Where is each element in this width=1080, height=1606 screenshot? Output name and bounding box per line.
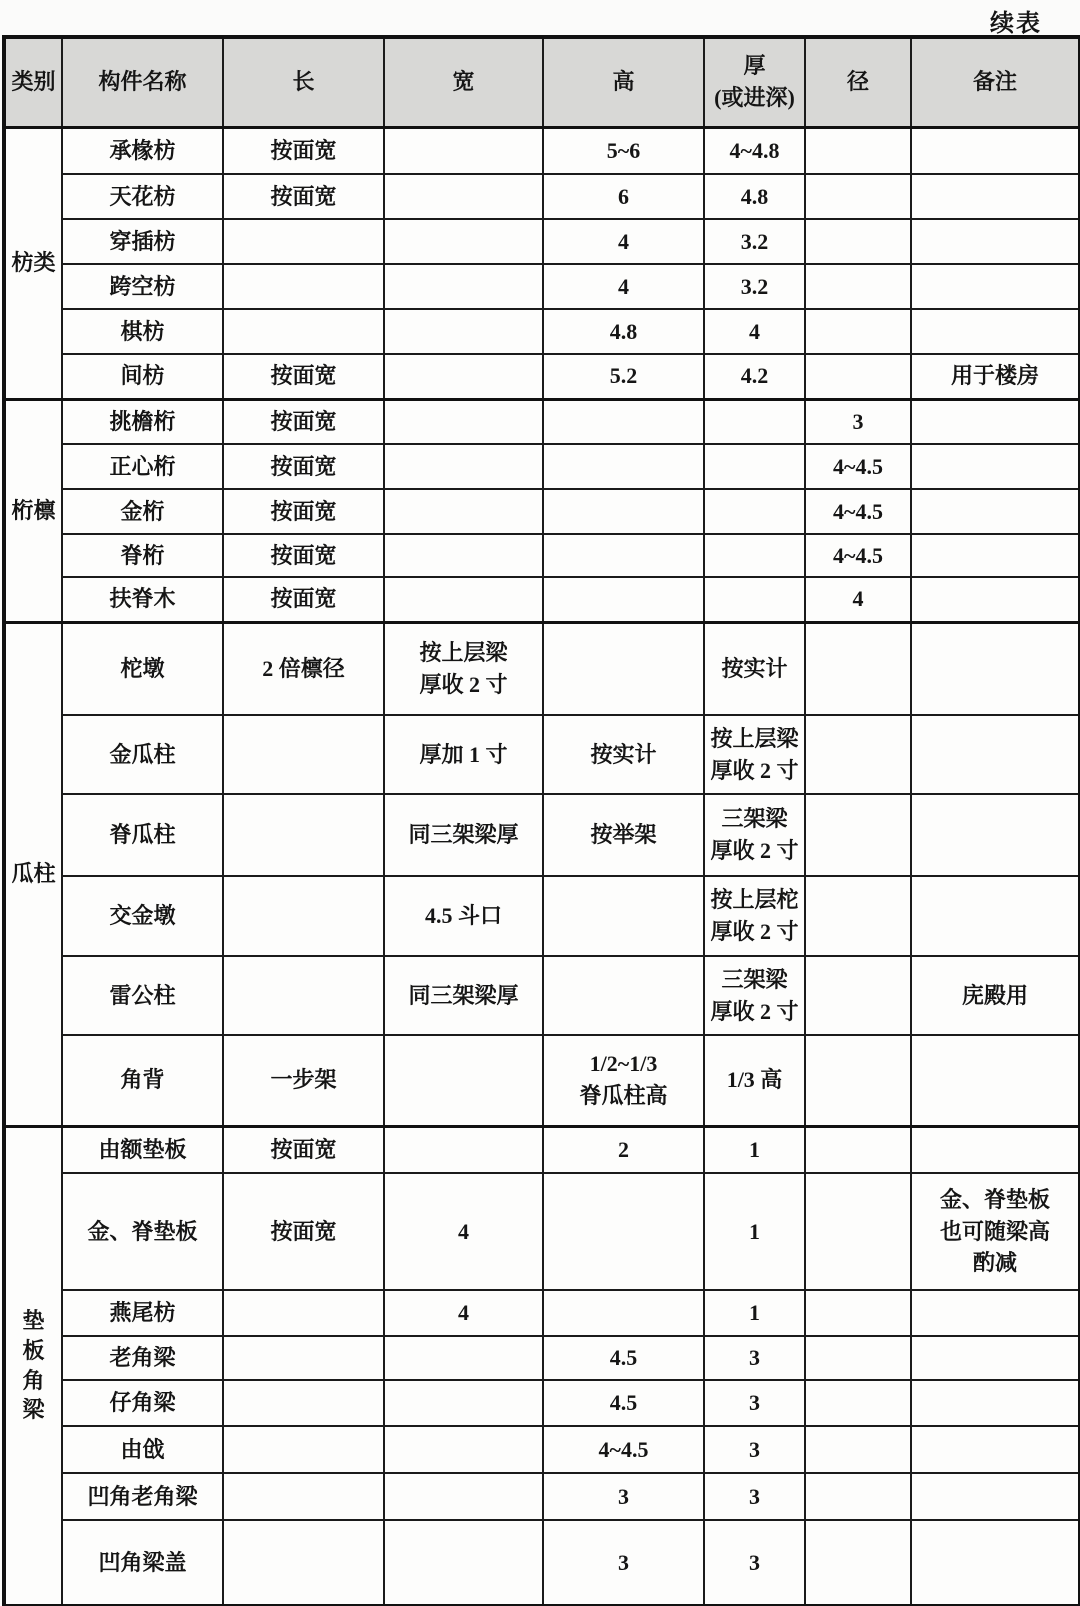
component-name-cell: 正心桁 xyxy=(62,444,223,489)
category-cell: 桁檩 xyxy=(4,399,62,622)
width-cell: 同三架梁厚 xyxy=(384,794,543,876)
thickness-cell xyxy=(704,399,805,444)
table-body: 枋类承椽枋按面宽5~64~4.8天花枋按面宽64.8穿插枋43.2跨空枋43.2… xyxy=(4,127,1080,1606)
notes-cell: 用于楼房 xyxy=(911,354,1080,399)
notes-cell xyxy=(911,399,1080,444)
component-name-cell: 交金墩 xyxy=(62,876,223,956)
width-cell xyxy=(384,1336,543,1380)
length-cell: 按面宽 xyxy=(223,489,384,534)
notes-cell xyxy=(911,577,1080,622)
notes-cell xyxy=(911,127,1080,174)
column-header-diameter: 径 xyxy=(805,37,911,127)
notes-cell xyxy=(911,1035,1080,1126)
category-cell: 枋类 xyxy=(4,127,62,399)
length-cell: 按面宽 xyxy=(223,1126,384,1173)
page: 续表 类别构件名称长宽高厚(或进深)径备注 枋类承椽枋按面宽5~64~4.8天花… xyxy=(0,0,1080,1606)
height-cell: 5~6 xyxy=(543,127,704,174)
component-name-cell: 金、脊垫板 xyxy=(62,1173,223,1290)
table-row: 枋类承椽枋按面宽5~64~4.8 xyxy=(4,127,1080,174)
table-row: 老角梁4.53 xyxy=(4,1336,1080,1380)
category-cell: 瓜柱 xyxy=(4,622,62,1126)
column-header-category: 类别 xyxy=(4,37,62,127)
notes-cell: 庑殿用 xyxy=(911,956,1080,1035)
column-header-thickness: 厚(或进深) xyxy=(704,37,805,127)
diameter-cell xyxy=(805,1126,911,1173)
diameter-cell xyxy=(805,219,911,264)
length-cell: 按面宽 xyxy=(223,444,384,489)
diameter-cell xyxy=(805,174,911,219)
length-cell xyxy=(223,309,384,354)
table-row: 凹角老角梁33 xyxy=(4,1473,1080,1520)
width-cell xyxy=(384,489,543,534)
column-header-label: 宽 xyxy=(452,69,474,94)
height-cell: 4.5 xyxy=(543,1336,704,1380)
height-cell: 4 xyxy=(543,264,704,309)
height-cell: 6 xyxy=(543,174,704,219)
thickness-cell: 1 xyxy=(704,1173,805,1290)
component-name-cell: 脊瓜柱 xyxy=(62,794,223,876)
length-cell xyxy=(223,1380,384,1426)
table-row: 脊瓜柱同三架梁厚按举架三架梁 厚收 2 寸 xyxy=(4,794,1080,876)
component-name-cell: 扶脊木 xyxy=(62,577,223,622)
notes-cell xyxy=(911,174,1080,219)
component-name-cell: 由额垫板 xyxy=(62,1126,223,1173)
component-name-cell: 金瓜柱 xyxy=(62,715,223,794)
notes-cell xyxy=(911,794,1080,876)
thickness-cell: 4~4.8 xyxy=(704,127,805,174)
table-row: 仔角梁4.53 xyxy=(4,1380,1080,1426)
column-header-label: 径 xyxy=(847,69,869,94)
height-cell: 5.2 xyxy=(543,354,704,399)
thickness-cell: 3 xyxy=(704,1520,805,1606)
width-cell: 4 xyxy=(384,1173,543,1290)
diameter-cell xyxy=(805,1380,911,1426)
width-cell xyxy=(384,219,543,264)
height-cell xyxy=(543,489,704,534)
height-cell: 4~4.5 xyxy=(543,1426,704,1473)
length-cell xyxy=(223,1520,384,1606)
thickness-cell: 3.2 xyxy=(704,219,805,264)
width-cell: 厚加 1 寸 xyxy=(384,715,543,794)
diameter-cell: 4~4.5 xyxy=(805,534,911,577)
column-header-label: 高 xyxy=(612,69,634,94)
length-cell xyxy=(223,876,384,956)
notes-cell xyxy=(911,309,1080,354)
notes-cell xyxy=(911,219,1080,264)
notes-cell xyxy=(911,715,1080,794)
width-cell xyxy=(384,1520,543,1606)
column-header-name: 构件名称 xyxy=(62,37,223,127)
component-dimensions-table: 类别构件名称长宽高厚(或进深)径备注 枋类承椽枋按面宽5~64~4.8天花枋按面… xyxy=(2,35,1080,1606)
width-cell xyxy=(384,577,543,622)
length-cell xyxy=(223,219,384,264)
width-cell: 按上层梁 厚收 2 寸 xyxy=(384,622,543,715)
thickness-cell: 三架梁 厚收 2 寸 xyxy=(704,794,805,876)
diameter-cell xyxy=(805,1426,911,1473)
height-cell: 3 xyxy=(543,1520,704,1606)
diameter-cell xyxy=(805,354,911,399)
length-cell xyxy=(223,1473,384,1520)
notes-cell: 金、脊垫板 也可随梁高 酌减 xyxy=(911,1173,1080,1290)
column-header-length: 长 xyxy=(223,37,384,127)
width-cell xyxy=(384,444,543,489)
component-name-cell: 仔角梁 xyxy=(62,1380,223,1426)
notes-cell xyxy=(911,1336,1080,1380)
notes-cell xyxy=(911,1380,1080,1426)
notes-cell xyxy=(911,1290,1080,1336)
width-cell xyxy=(384,1426,543,1473)
table-row: 交金墩4.5 斗口按上层柁 厚收 2 寸 xyxy=(4,876,1080,956)
thickness-cell: 3 xyxy=(704,1473,805,1520)
width-cell xyxy=(384,174,543,219)
notes-cell xyxy=(911,876,1080,956)
column-header-notes: 备注 xyxy=(911,37,1080,127)
component-name-cell: 挑檐桁 xyxy=(62,399,223,444)
table-row: 穿插枋43.2 xyxy=(4,219,1080,264)
table-header: 类别构件名称长宽高厚(或进深)径备注 xyxy=(4,37,1080,127)
thickness-cell: 按上层梁 厚收 2 寸 xyxy=(704,715,805,794)
component-name-cell: 穿插枋 xyxy=(62,219,223,264)
length-cell xyxy=(223,715,384,794)
width-cell xyxy=(384,309,543,354)
width-cell xyxy=(384,534,543,577)
thickness-cell: 1 xyxy=(704,1126,805,1173)
table-row: 燕尾枋41 xyxy=(4,1290,1080,1336)
category-cell: 垫 板 角 梁 xyxy=(4,1126,62,1606)
thickness-cell: 4.8 xyxy=(704,174,805,219)
table-row: 金、脊垫板按面宽41金、脊垫板 也可随梁高 酌减 xyxy=(4,1173,1080,1290)
height-cell xyxy=(543,444,704,489)
diameter-cell xyxy=(805,309,911,354)
component-name-cell: 凹角老角梁 xyxy=(62,1473,223,1520)
thickness-cell: 4 xyxy=(704,309,805,354)
component-name-cell: 跨空枋 xyxy=(62,264,223,309)
component-name-cell: 脊桁 xyxy=(62,534,223,577)
thickness-cell: 1 xyxy=(704,1290,805,1336)
component-name-cell: 柁墩 xyxy=(62,622,223,715)
height-cell: 1/2~1/3 脊瓜柱高 xyxy=(543,1035,704,1126)
length-cell xyxy=(223,956,384,1035)
thickness-cell: 3 xyxy=(704,1336,805,1380)
component-name-cell: 棋枋 xyxy=(62,309,223,354)
width-cell: 4 xyxy=(384,1290,543,1336)
height-cell: 按举架 xyxy=(543,794,704,876)
width-cell: 4.5 斗口 xyxy=(384,876,543,956)
thickness-cell: 3.2 xyxy=(704,264,805,309)
component-name-cell: 老角梁 xyxy=(62,1336,223,1380)
column-header-label: 长 xyxy=(292,69,314,94)
table-row: 跨空枋43.2 xyxy=(4,264,1080,309)
height-cell xyxy=(543,577,704,622)
diameter-cell: 4~4.5 xyxy=(805,489,911,534)
height-cell xyxy=(543,622,704,715)
length-cell: 按面宽 xyxy=(223,577,384,622)
length-cell: 2 倍檩径 xyxy=(223,622,384,715)
notes-cell xyxy=(911,489,1080,534)
diameter-cell: 4 xyxy=(805,577,911,622)
component-name-cell: 燕尾枋 xyxy=(62,1290,223,1336)
diameter-cell xyxy=(805,794,911,876)
diameter-cell xyxy=(805,1473,911,1520)
table-row: 间枋按面宽5.24.2用于楼房 xyxy=(4,354,1080,399)
thickness-cell: 1/3 高 xyxy=(704,1035,805,1126)
component-name-cell: 间枋 xyxy=(62,354,223,399)
diameter-cell xyxy=(805,127,911,174)
width-cell: 同三架梁厚 xyxy=(384,956,543,1035)
column-header-label: 备注 xyxy=(973,69,1017,94)
continued-table-label: 续表 xyxy=(990,3,1042,38)
width-cell xyxy=(384,1473,543,1520)
component-name-cell: 角背 xyxy=(62,1035,223,1126)
length-cell: 一步架 xyxy=(223,1035,384,1126)
height-cell xyxy=(543,399,704,444)
table-row: 脊桁按面宽4~4.5 xyxy=(4,534,1080,577)
component-name-cell: 雷公柱 xyxy=(62,956,223,1035)
column-header-height: 高 xyxy=(543,37,704,127)
notes-cell xyxy=(911,622,1080,715)
notes-cell xyxy=(911,1520,1080,1606)
table-row: 棋枋4.84 xyxy=(4,309,1080,354)
diameter-cell xyxy=(805,1520,911,1606)
diameter-cell xyxy=(805,622,911,715)
table-row: 天花枋按面宽64.8 xyxy=(4,174,1080,219)
length-cell xyxy=(223,794,384,876)
diameter-cell xyxy=(805,1035,911,1126)
table-row: 凹角梁盖33 xyxy=(4,1520,1080,1606)
height-cell: 3 xyxy=(543,1473,704,1520)
length-cell: 按面宽 xyxy=(223,1173,384,1290)
table-row: 扶脊木按面宽4 xyxy=(4,577,1080,622)
width-cell xyxy=(384,127,543,174)
length-cell: 按面宽 xyxy=(223,534,384,577)
length-cell xyxy=(223,1426,384,1473)
thickness-cell xyxy=(704,489,805,534)
width-cell xyxy=(384,1035,543,1126)
diameter-cell xyxy=(805,876,911,956)
thickness-cell: 3 xyxy=(704,1426,805,1473)
notes-cell xyxy=(911,1126,1080,1173)
length-cell xyxy=(223,1290,384,1336)
thickness-cell xyxy=(704,534,805,577)
diameter-cell xyxy=(805,956,911,1035)
height-cell xyxy=(543,534,704,577)
diameter-cell xyxy=(805,264,911,309)
component-name-cell: 金桁 xyxy=(62,489,223,534)
notes-cell xyxy=(911,1473,1080,1520)
thickness-cell: 4.2 xyxy=(704,354,805,399)
thickness-cell: 按上层柁 厚收 2 寸 xyxy=(704,876,805,956)
table-row: 雷公柱同三架梁厚三架梁 厚收 2 寸庑殿用 xyxy=(4,956,1080,1035)
height-cell: 4 xyxy=(543,219,704,264)
diameter-cell xyxy=(805,1173,911,1290)
notes-cell xyxy=(911,534,1080,577)
table-row: 金瓜柱厚加 1 寸按实计按上层梁 厚收 2 寸 xyxy=(4,715,1080,794)
length-cell xyxy=(223,264,384,309)
height-cell xyxy=(543,1173,704,1290)
width-cell xyxy=(384,1380,543,1426)
column-header-sublabel: (或进深) xyxy=(709,82,800,114)
length-cell: 按面宽 xyxy=(223,354,384,399)
width-cell xyxy=(384,264,543,309)
height-cell xyxy=(543,876,704,956)
table-row: 角背一步架1/2~1/3 脊瓜柱高1/3 高 xyxy=(4,1035,1080,1126)
width-cell xyxy=(384,1126,543,1173)
table-row: 垫 板 角 梁由额垫板按面宽21 xyxy=(4,1126,1080,1173)
column-header-label: 厚 xyxy=(743,53,765,78)
diameter-cell xyxy=(805,1290,911,1336)
height-cell xyxy=(543,956,704,1035)
height-cell: 2 xyxy=(543,1126,704,1173)
table-row: 由戗4~4.53 xyxy=(4,1426,1080,1473)
thickness-cell xyxy=(704,444,805,489)
notes-cell xyxy=(911,264,1080,309)
length-cell xyxy=(223,1336,384,1380)
thickness-cell xyxy=(704,577,805,622)
column-header-label: 构件名称 xyxy=(98,69,186,94)
notes-cell xyxy=(911,1426,1080,1473)
thickness-cell: 按实计 xyxy=(704,622,805,715)
component-name-cell: 凹角梁盖 xyxy=(62,1520,223,1606)
notes-cell xyxy=(911,444,1080,489)
length-cell: 按面宽 xyxy=(223,127,384,174)
component-name-cell: 天花枋 xyxy=(62,174,223,219)
table-row: 瓜柱柁墩2 倍檩径按上层梁 厚收 2 寸按实计 xyxy=(4,622,1080,715)
height-cell: 4.5 xyxy=(543,1380,704,1426)
diameter-cell xyxy=(805,1336,911,1380)
length-cell: 按面宽 xyxy=(223,399,384,444)
width-cell xyxy=(384,399,543,444)
width-cell xyxy=(384,354,543,399)
header-row: 类别构件名称长宽高厚(或进深)径备注 xyxy=(4,37,1080,127)
table-row: 桁檩挑檐桁按面宽3 xyxy=(4,399,1080,444)
column-header-width: 宽 xyxy=(384,37,543,127)
height-cell: 4.8 xyxy=(543,309,704,354)
component-name-cell: 由戗 xyxy=(62,1426,223,1473)
table-row: 金桁按面宽4~4.5 xyxy=(4,489,1080,534)
diameter-cell xyxy=(805,715,911,794)
thickness-cell: 三架梁 厚收 2 寸 xyxy=(704,956,805,1035)
diameter-cell: 4~4.5 xyxy=(805,444,911,489)
component-name-cell: 承椽枋 xyxy=(62,127,223,174)
length-cell: 按面宽 xyxy=(223,174,384,219)
diameter-cell: 3 xyxy=(805,399,911,444)
table-row: 正心桁按面宽4~4.5 xyxy=(4,444,1080,489)
height-cell: 按实计 xyxy=(543,715,704,794)
height-cell xyxy=(543,1290,704,1336)
column-header-label: 类别 xyxy=(11,69,55,94)
thickness-cell: 3 xyxy=(704,1380,805,1426)
